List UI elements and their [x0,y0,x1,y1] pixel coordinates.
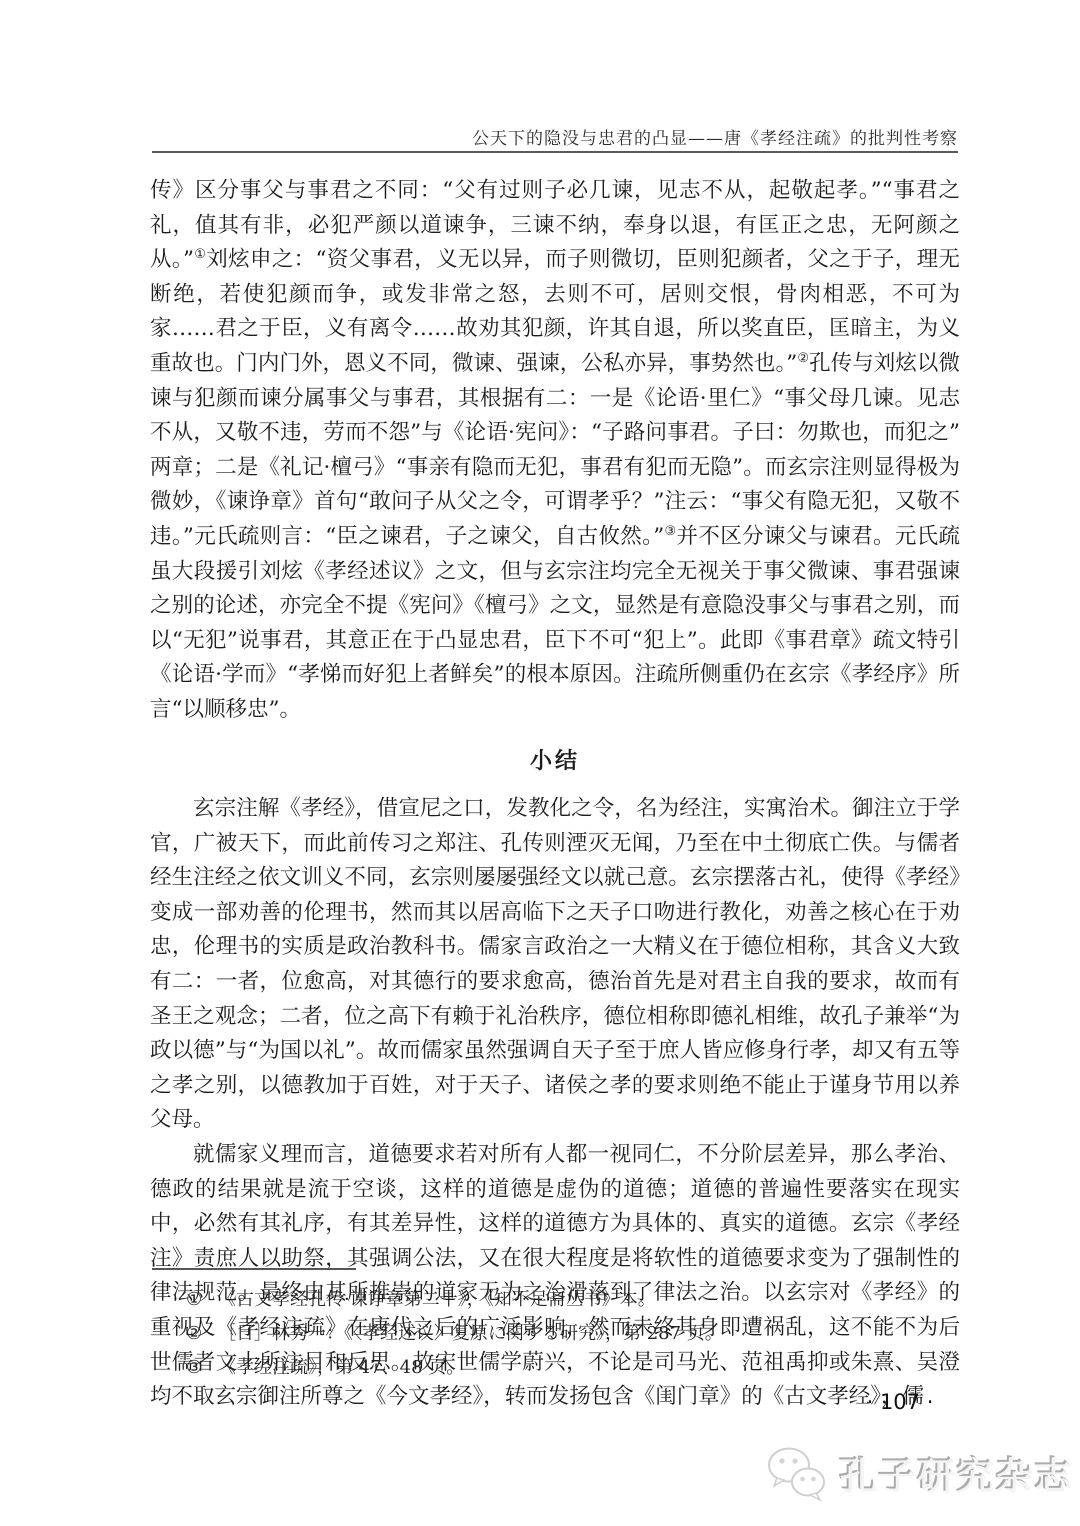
footnote-3-text: 《孝经注疏》，第 47、48 页。 [218,1351,912,1385]
footnote-1: ① 《古文孝经孔传·谏诤章第二十》，《知不足斋丛书》本。 [186,1283,912,1317]
footnote-2-text: ［日］林秀一：《〈孝经述议〉复原に関する研究》，第 287 页。 [218,1317,912,1351]
section-heading: 小结 [150,744,960,779]
document-page: 公天下的隐没与忠君的凸显——唐《孝经注疏》的批判性考察 传》区分事父与事君之不同… [0,0,1080,1526]
running-header-title: 公天下的隐没与忠君的凸显——唐《孝经注疏》的批判性考察 [472,124,958,149]
footnotes-block: ① 《古文孝经孔传·谏诤章第二十》，《知不足斋丛书》本。 ② ［日］林秀一：《〈… [152,1268,912,1385]
footnote-3-marker: ③ [186,1351,218,1385]
footnote-1-marker: ① [186,1283,218,1317]
footnote-ref-1: ① [194,247,206,262]
paragraph-1: 传》区分事父与事君之不同：“父有过则子必几谏，见志不从，起敬起孝。”“事君之礼，… [150,174,960,728]
p1-text-3: 孔传与刘炫以微谏与犯颜而谏分属事父与事君，其根据有二：一是《论语·里仁》“事父母… [150,351,960,549]
header-rule [152,151,958,153]
footnote-1-text: 《古文孝经孔传·谏诤章第二十》，《知不足斋丛书》本。 [218,1283,912,1317]
journal-watermark: 孔子研究杂志 [764,1444,1074,1502]
page-number: · 107 · [840,1390,960,1414]
paragraph-2: 玄宗注解《孝经》，借宣尼之口，发教化之令，名为经注，实寓治术。御注立于学官，广被… [150,792,960,1138]
p1-text-4: 并不区分谏父与谏君。元氏疏虽大段援引刘炫《孝经述议》之文，但与玄宗注均完全无视关… [150,524,960,722]
wechat-logo-icon [764,1444,832,1502]
watermark-text: 孔子研究杂志 [840,1446,1074,1500]
footnote-2-marker: ② [186,1317,218,1351]
footnote-3: ③ 《孝经注疏》，第 47、48 页。 [186,1351,912,1385]
footnote-ref-3: ③ [664,524,676,539]
footnote-divider [152,1268,356,1270]
footnote-2: ② ［日］林秀一：《〈孝经述议〉复原に関する研究》，第 287 页。 [186,1317,912,1351]
body-text: 传》区分事父与事君之不同：“父有过则子必几谏，见志不从，起敬起孝。”“事君之礼，… [150,174,960,1415]
footnote-ref-2: ② [797,351,809,366]
